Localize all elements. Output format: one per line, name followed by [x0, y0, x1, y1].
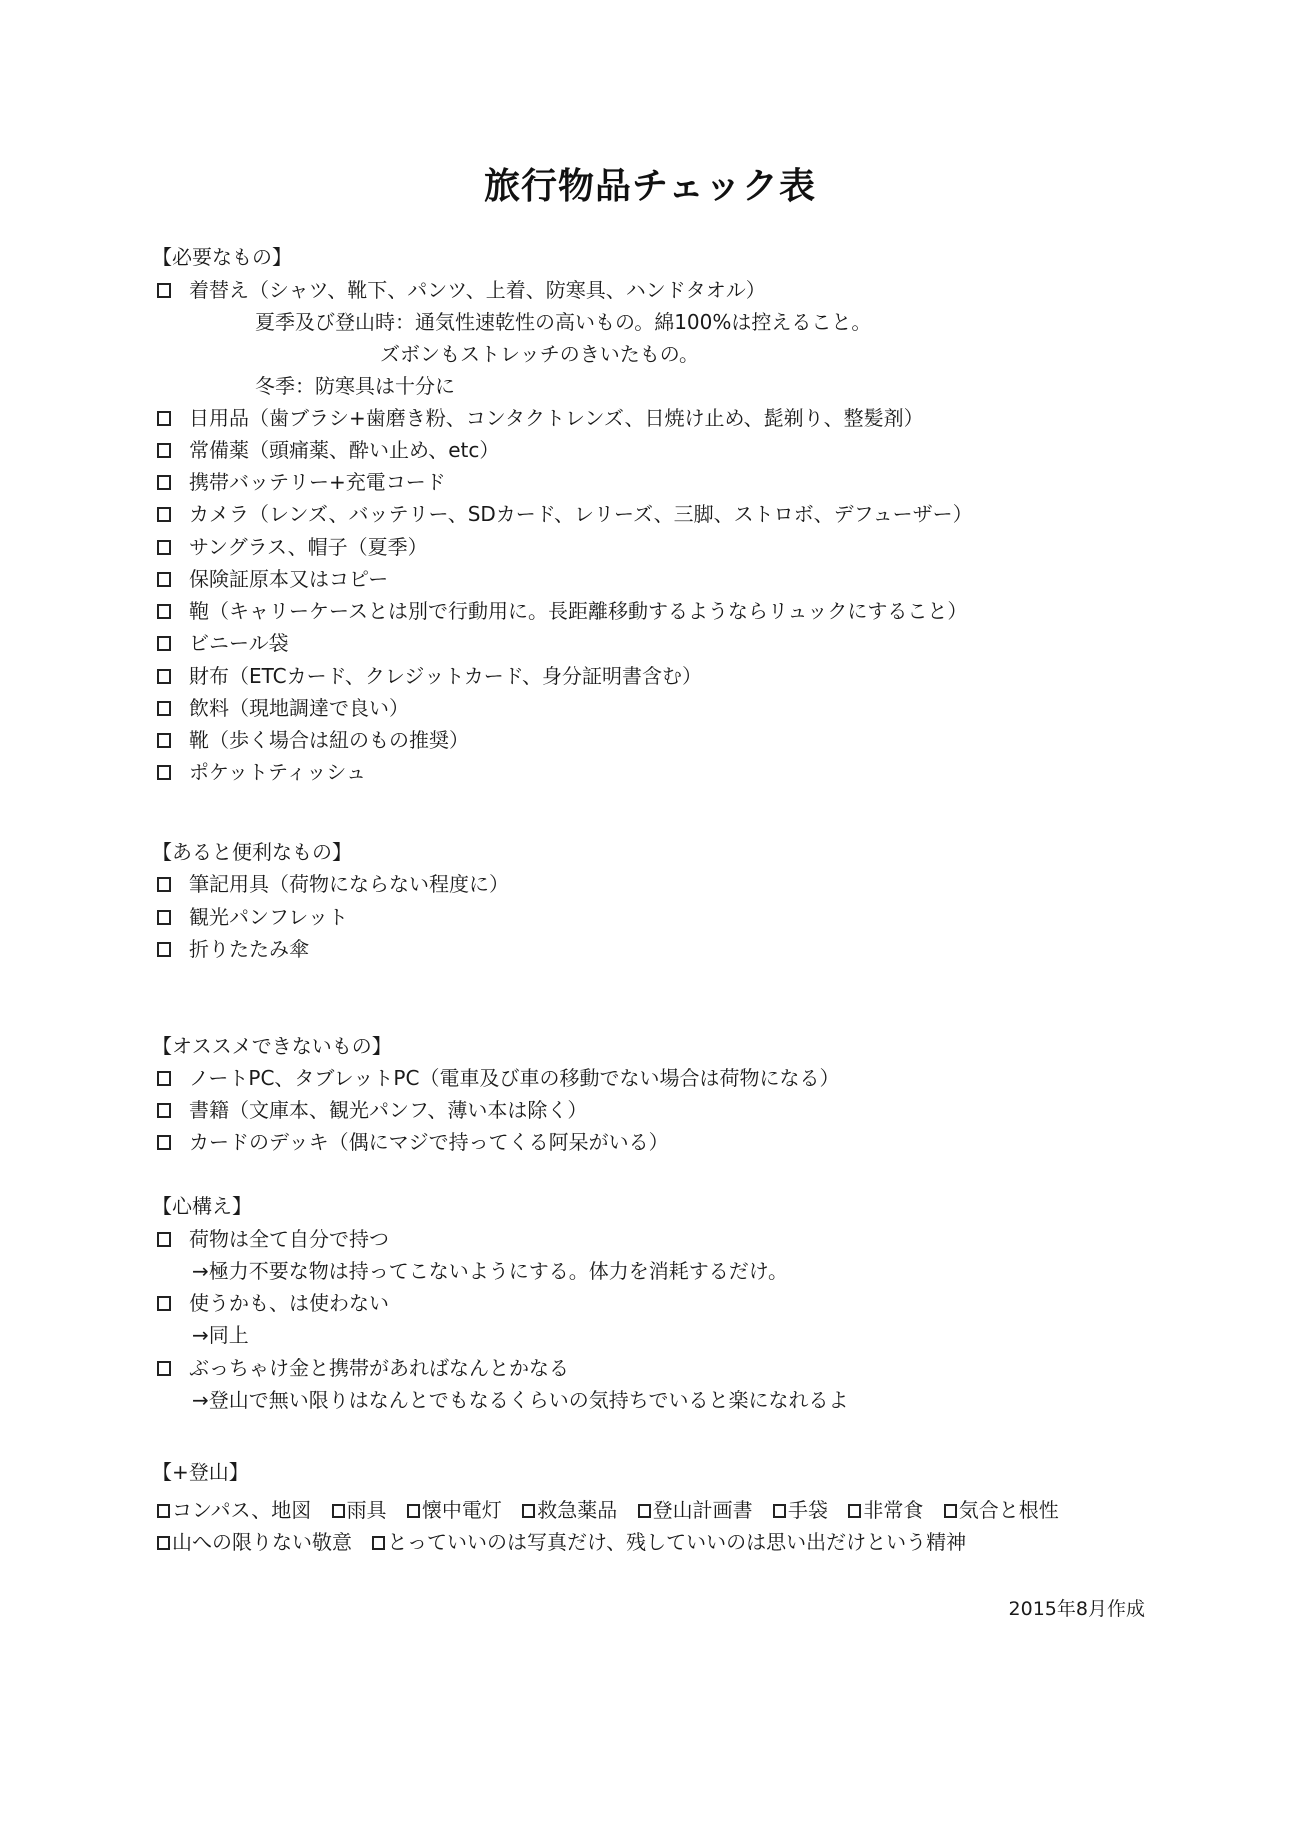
section-heading-mindset: 【心構え】	[152, 1192, 252, 1220]
checkbox[interactable]	[157, 669, 171, 684]
item-label: 財布（ETCカード、クレジットカード、身分証明書含む）	[189, 662, 702, 690]
checkbox[interactable]	[522, 1504, 535, 1518]
checkbox[interactable]	[157, 1536, 170, 1550]
checklist-item[interactable]: 折りたたみ傘	[157, 935, 309, 963]
mountain-item[interactable]: コンパス、地図	[157, 1498, 311, 1522]
item-label: 靴（歩く場合は紐のもの推奨）	[189, 726, 469, 754]
checklist-item[interactable]: サングラス、帽子（夏季）	[157, 533, 428, 561]
item-label: 非常食	[863, 1498, 923, 1522]
checkbox[interactable]	[157, 910, 171, 925]
item-label: 荷物は全て自分で持つ	[189, 1225, 389, 1253]
checkbox[interactable]	[157, 604, 171, 619]
mindset-note: →登山で無い限りはなんとでもなるくらいの気持ちでいると楽になれるよ	[192, 1386, 849, 1414]
checklist-item[interactable]: 飲料（現地調達で良い）	[157, 694, 409, 722]
checkbox[interactable]	[157, 1296, 171, 1311]
checkbox[interactable]	[157, 1232, 171, 1247]
item-label: カードのデッキ（偶にマジで持ってくる阿呆がいる）	[189, 1128, 669, 1156]
checkbox[interactable]	[372, 1536, 385, 1550]
item-label: ぶっちゃけ金と携帯があればなんとかなる	[189, 1354, 569, 1382]
mountain-item[interactable]: 気合と根性	[944, 1498, 1059, 1522]
checkbox[interactable]	[848, 1504, 861, 1518]
item-label: サングラス、帽子（夏季）	[189, 533, 428, 561]
item-label: 手袋	[788, 1498, 828, 1522]
checklist-item[interactable]: 荷物は全て自分で持つ	[157, 1225, 389, 1253]
checkbox[interactable]	[157, 1071, 171, 1086]
mountain-item[interactable]: 雨具	[332, 1498, 387, 1522]
clothing-note-summer: 夏季及び登山時：通気性速乾性の高いもの。綿100%は控えること。	[255, 308, 871, 336]
section-heading-convenient: 【あると便利なもの】	[152, 838, 352, 866]
checklist-item[interactable]: 常備薬（頭痛薬、酔い止め、etc）	[157, 436, 499, 464]
item-label: 気合と根性	[959, 1498, 1059, 1522]
checklist-item[interactable]: 鞄（キャリーケースとは別で行動用に。長距離移動するようならリュックにすること）	[157, 597, 967, 625]
item-label: 保険証原本又はコピー	[189, 565, 388, 593]
checkbox[interactable]	[157, 1135, 171, 1150]
checkbox[interactable]	[157, 877, 171, 892]
item-label: 登山計画書	[653, 1498, 753, 1522]
section-heading-required: 【必要なもの】	[152, 243, 292, 271]
item-label: 飲料（現地調達で良い）	[189, 694, 409, 722]
item-label: 日用品（歯ブラシ+歯磨き粉、コンタクトレンズ、日焼け止め、髭剃り、整髪剤）	[189, 404, 924, 432]
mindset-note: →極力不要な物は持ってこないようにする。体力を消耗するだけ。	[192, 1257, 788, 1285]
item-label: ノートPC、タブレットPC（電車及び車の移動でない場合は荷物になる）	[189, 1064, 839, 1092]
item-label: 折りたたみ傘	[189, 935, 309, 963]
item-label: 携帯バッテリー+充電コード	[189, 468, 446, 496]
item-label: 書籍（文庫本、観光パンフ、薄い本は除く）	[189, 1096, 587, 1124]
checklist-item[interactable]: 財布（ETCカード、クレジットカード、身分証明書含む）	[157, 662, 702, 690]
checkbox[interactable]	[157, 636, 171, 651]
document-title: 旅行物品チェック表	[0, 158, 1300, 209]
item-label: 着替え（シャツ、靴下、パンツ、上着、防寒具、ハンドタオル）	[189, 276, 766, 304]
item-label: 観光パンフレット	[189, 903, 348, 931]
mountain-item[interactable]: 救急薬品	[522, 1498, 617, 1522]
clothing-note-summer-pants: ズボンもストレッチのきいたもの。	[380, 340, 699, 368]
mountain-item[interactable]: 山への限りない敬意	[157, 1530, 352, 1554]
clothing-note-winter: 冬季：防寒具は十分に	[255, 372, 455, 400]
item-label: 山への限りない敬意	[172, 1530, 352, 1554]
item-label: 懐中電灯	[422, 1498, 502, 1522]
checklist-item[interactable]: 書籍（文庫本、観光パンフ、薄い本は除く）	[157, 1096, 587, 1124]
checklist-item[interactable]: 観光パンフレット	[157, 903, 348, 931]
checkbox[interactable]	[157, 1504, 170, 1518]
checklist-item[interactable]: ノートPC、タブレットPC（電車及び車の移動でない場合は荷物になる）	[157, 1064, 839, 1092]
checklist-item[interactable]: 携帯バッテリー+充電コード	[157, 468, 446, 496]
item-label: とっていいのは写真だけ、残していいのは思い出だけという精神	[387, 1530, 966, 1554]
checklist-item[interactable]: カメラ（レンズ、バッテリー、SDカード、レリーズ、三脚、ストロボ、デフューザー）	[157, 500, 973, 528]
checklist-item[interactable]: ぶっちゃけ金と携帯があればなんとかなる	[157, 1354, 569, 1382]
item-label: 鞄（キャリーケースとは別で行動用に。長距離移動するようならリュックにすること）	[189, 597, 967, 625]
checkbox[interactable]	[332, 1504, 345, 1518]
mountain-item[interactable]: 非常食	[848, 1498, 923, 1522]
checkbox[interactable]	[157, 765, 171, 780]
checkbox[interactable]	[157, 701, 171, 716]
checkbox[interactable]	[944, 1504, 957, 1518]
item-label: 常備薬（頭痛薬、酔い止め、etc）	[189, 436, 499, 464]
checkbox[interactable]	[157, 411, 171, 426]
checkbox[interactable]	[407, 1504, 420, 1518]
checkbox[interactable]	[157, 540, 171, 555]
mountain-checklist: コンパス、地図 雨具 懐中電灯 救急薬品 登山計画書 手袋 非常食 気合と根性 …	[157, 1494, 1147, 1558]
checklist-item[interactable]: 靴（歩く場合は紐のもの推奨）	[157, 726, 469, 754]
section-heading-mountain: 【+登山】	[152, 1458, 249, 1486]
mountain-item[interactable]: とっていいのは写真だけ、残していいのは思い出だけという精神	[372, 1530, 966, 1554]
creation-date: 2015年8月作成	[1009, 1595, 1145, 1623]
checklist-item[interactable]: 使うかも、は使わない	[157, 1289, 389, 1317]
mountain-item[interactable]: 登山計画書	[638, 1498, 753, 1522]
item-label: 救急薬品	[537, 1498, 617, 1522]
checklist-item[interactable]: 日用品（歯ブラシ+歯磨き粉、コンタクトレンズ、日焼け止め、髭剃り、整髪剤）	[157, 404, 924, 432]
item-label: カメラ（レンズ、バッテリー、SDカード、レリーズ、三脚、ストロボ、デフューザー）	[189, 500, 973, 528]
checkbox[interactable]	[157, 443, 171, 458]
checkbox[interactable]	[157, 942, 171, 957]
checklist-item[interactable]: 着替え（シャツ、靴下、パンツ、上着、防寒具、ハンドタオル）	[157, 276, 766, 304]
item-label: 筆記用具（荷物にならない程度に）	[189, 870, 509, 898]
checklist-item[interactable]: ビニール袋	[157, 629, 289, 657]
item-label: 使うかも、は使わない	[189, 1289, 389, 1317]
mindset-note: →同上	[192, 1321, 249, 1349]
checkbox[interactable]	[773, 1504, 786, 1518]
mountain-item[interactable]: 手袋	[773, 1498, 828, 1522]
item-label: ビニール袋	[189, 629, 289, 657]
checkbox[interactable]	[157, 507, 171, 522]
checkbox[interactable]	[157, 1361, 171, 1376]
checkbox[interactable]	[157, 475, 171, 490]
checklist-item[interactable]: 筆記用具（荷物にならない程度に）	[157, 870, 509, 898]
mountain-item[interactable]: 懐中電灯	[407, 1498, 502, 1522]
item-label: 雨具	[347, 1498, 387, 1522]
checkbox[interactable]	[157, 1103, 171, 1118]
document-page: 旅行物品チェック表 【必要なもの】 着替え（シャツ、靴下、パンツ、上着、防寒具、…	[0, 0, 1300, 1841]
checkbox[interactable]	[638, 1504, 651, 1518]
checklist-item[interactable]: カードのデッキ（偶にマジで持ってくる阿呆がいる）	[157, 1128, 669, 1156]
checkbox[interactable]	[157, 572, 171, 587]
item-label: ポケットティッシュ	[189, 758, 366, 786]
checkbox[interactable]	[157, 283, 171, 298]
item-label: コンパス、地図	[172, 1498, 311, 1522]
checklist-item[interactable]: 保険証原本又はコピー	[157, 565, 388, 593]
section-heading-not-recommended: 【オススメできないもの】	[152, 1032, 392, 1060]
checkbox[interactable]	[157, 733, 171, 748]
checklist-item[interactable]: ポケットティッシュ	[157, 758, 366, 786]
